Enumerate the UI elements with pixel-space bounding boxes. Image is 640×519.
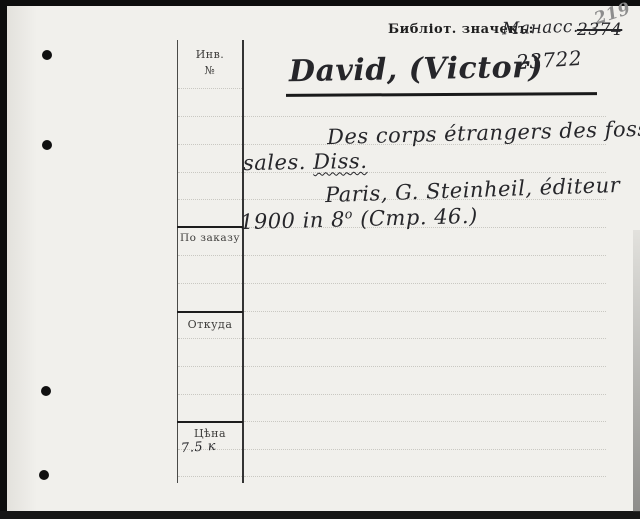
ruled-line <box>244 116 606 117</box>
paper-shading <box>7 6 37 511</box>
inventory-number-sign: № <box>178 64 242 77</box>
ruled-line <box>244 255 606 256</box>
ruled-line <box>178 394 242 395</box>
ruled-line <box>244 421 606 422</box>
title-line-2: sales. Diss. <box>243 149 368 175</box>
ruled-line <box>244 476 606 477</box>
crossed-out-number: 2374 <box>577 20 622 40</box>
ruled-line <box>244 338 606 339</box>
year-and-format: 1900 in 8 <box>240 207 345 234</box>
inventory-label: Инв. <box>178 48 242 61</box>
origin-label: Откуда <box>178 318 242 331</box>
scan-edge-top <box>0 0 640 6</box>
card-right-edge <box>633 230 640 512</box>
column-divider-right <box>242 40 244 483</box>
column-divider-left <box>177 40 178 483</box>
author-underline <box>286 92 597 96</box>
price-value: 7.5 к <box>181 439 217 456</box>
format-superscript: o <box>345 206 353 221</box>
punch-hole <box>39 470 49 480</box>
ruled-line <box>178 283 242 284</box>
ruled-line <box>178 172 242 173</box>
ruled-line <box>178 366 242 367</box>
pagination: (Стр. 46.) <box>360 204 478 231</box>
punch-hole <box>42 50 52 60</box>
ruled-line <box>178 338 242 339</box>
column-section-divider <box>177 421 243 424</box>
ruled-line <box>244 283 606 284</box>
scan-edge-bottom <box>0 511 640 519</box>
scan-edge-left <box>0 0 7 519</box>
ruled-line <box>178 144 242 145</box>
column-section-divider <box>177 311 243 314</box>
ruled-line <box>244 366 606 367</box>
price-label: Цѣна <box>178 427 242 440</box>
ruled-line <box>244 394 606 395</box>
column-section-divider <box>177 226 243 229</box>
ruled-line <box>178 88 242 89</box>
title-line-2-text: sales. <box>243 150 306 175</box>
ruled-line <box>178 255 242 256</box>
collation-line: 1900 in 8o (Стр. 46.) <box>240 203 478 234</box>
ruled-line <box>178 476 242 477</box>
punch-hole <box>42 140 52 150</box>
punch-hole <box>41 386 51 396</box>
dissertation-abbreviation: Diss. <box>313 149 368 174</box>
author-heading: David, (Victor) <box>289 50 544 89</box>
ruled-line <box>244 449 606 450</box>
ruled-line <box>178 199 242 200</box>
ruled-line <box>244 311 606 312</box>
ruled-line <box>178 116 242 117</box>
order-label: По заказу <box>178 232 242 244</box>
collection-mark: Манасс. <box>502 17 579 40</box>
